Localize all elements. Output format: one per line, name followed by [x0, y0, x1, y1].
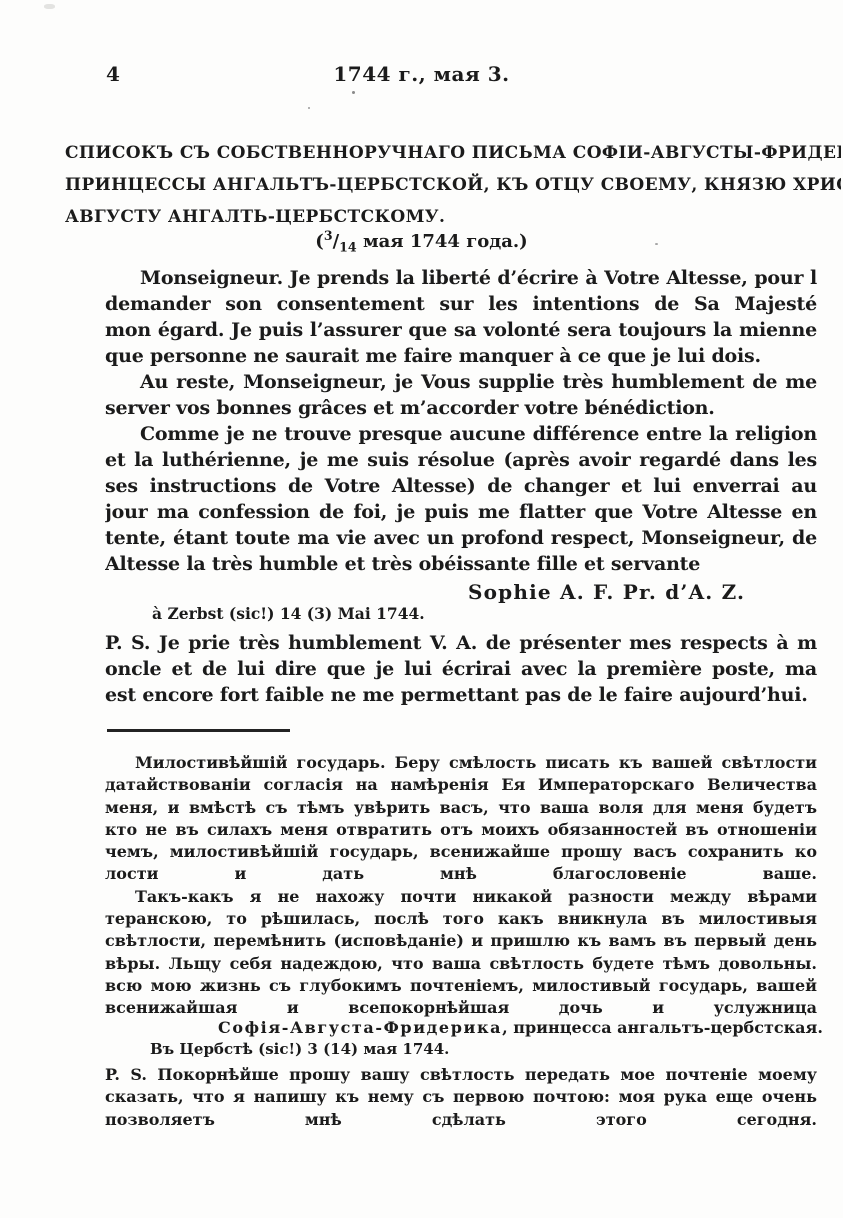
text-line: P. S. Покорнѣйше прошу вашу свѣтлость пе… [105, 1064, 817, 1086]
text-line: кто не въ силахъ меня отвратить отъ моих… [105, 819, 817, 841]
text-line: датайствованіи согласія на намѣренія Ея … [105, 774, 817, 796]
text-line: server vos bonnes grâces et m’accorder v… [105, 395, 817, 421]
russian-signature: Софія-Августа-Фридерика, принцесса ангал… [218, 1018, 823, 1037]
running-title: 1744 г., мая 3. [0, 62, 843, 86]
scan-speck [352, 91, 355, 94]
title-line: СПИСОКЪ СЪ СОБСТВЕННОРУЧНАГО ПИСЬМА СОФІ… [65, 137, 841, 169]
text-line: que personne ne saurait me faire manquer… [105, 343, 817, 369]
text-line: jour ma confession de foi, je puis me fl… [105, 499, 817, 525]
text-line: Такъ-какъ я не нахожу почти никакой разн… [105, 886, 817, 908]
text-line: Monseigneur. Je prends la liberté d’écri… [105, 265, 817, 291]
french-dateline: à Zerbst (sic!) 14 (3) Mai 1744. [152, 604, 425, 623]
title-line: ПРИНЦЕССЫ АНГАЛЬТЪ-ЦЕРБСТСКОЙ, КЪ ОТЦУ С… [65, 169, 841, 201]
text-line: вѣры. Льщу себя надеждою, что ваша свѣтл… [105, 953, 817, 975]
russian-dateline: Въ Цербстѣ (sic!) 3 (14) мая 1744. [150, 1040, 449, 1058]
french-signature: Sophie A. F. Pr. d’A. Z. [468, 580, 745, 604]
date-fraction-denominator: 14 [339, 240, 357, 255]
date-rest: мая 1744 года.) [357, 231, 528, 252]
text-line: P. S. Je prie très humblement V. A. de p… [105, 630, 817, 656]
russian-postscript: P. S. Покорнѣйше прошу вашу свѣтлость пе… [105, 1064, 817, 1131]
russian-translation-body: Милостивѣйшій государь. Беру смѣлость пи… [105, 752, 817, 1020]
text-line: oncle et de lui dire que je lui écrirai … [105, 656, 817, 682]
scan-speck [44, 4, 55, 9]
text-line: Au reste, Monseigneur, je Vous supplie t… [105, 369, 817, 395]
text-line: Comme je ne trouve presque aucune différ… [105, 421, 817, 447]
text-line: et la luthérienne, je me suis résolue (a… [105, 447, 817, 473]
russian-signature-name: Софія-Августа-Фридерика [218, 1018, 502, 1037]
text-line: Altesse la très humble et très obéissant… [105, 551, 817, 577]
text-line: лости и дать мнѣ благословеніе ваше. [105, 863, 817, 885]
text-line: est encore fort faible ne me permettant … [105, 682, 817, 708]
text-line: всю мою жизнь съ глубокимъ почтеніемъ, м… [105, 975, 817, 997]
text-line: чемъ, милостивѣйшій государь, всенижайше… [105, 841, 817, 863]
text-line: tente, étant toute ma vie avec un profon… [105, 525, 817, 551]
text-line: mon égard. Je puis l’assurer que sa volo… [105, 317, 817, 343]
scan-page: 4 1744 г., мая 3. СПИСОКЪ СЪ СОБСТВЕННОР… [0, 0, 843, 1218]
letter-date: (3/14 мая 1744 года.) [0, 228, 843, 255]
french-postscript: P. S. Je prie très humblement V. A. de p… [105, 630, 817, 708]
russian-signature-rest: , принцесса ангальтъ-цербстская. [502, 1018, 823, 1037]
text-line: всенижайшая и всепокорнѣйшая дочь и услу… [105, 997, 817, 1019]
text-line: свѣтлости, перемѣнить (исповѣданіе) и пр… [105, 930, 817, 952]
date-fraction-numerator: 3 [324, 228, 333, 243]
french-letter-body: Monseigneur. Je prends la liberté d’écri… [105, 265, 817, 577]
text-line: меня, и вмѣстѣ съ тѣмъ увѣрить васъ, что… [105, 797, 817, 819]
scan-speck [308, 107, 310, 109]
date-paren-open: ( [315, 231, 324, 252]
text-line: сказать, что я напишу къ нему съ первою … [105, 1086, 817, 1108]
text-line: demander son consentement sur les intent… [105, 291, 817, 317]
text-line: Милостивѣйшій государь. Беру смѣлость пи… [105, 752, 817, 774]
letter-title: СПИСОКЪ СЪ СОБСТВЕННОРУЧНАГО ПИСЬМА СОФІ… [65, 137, 841, 233]
text-line: теранскою, то рѣшилась, послѣ того какъ … [105, 908, 817, 930]
text-line: ses instructions de Votre Altesse) de ch… [105, 473, 817, 499]
footnote-rule [107, 729, 290, 732]
text-line: позволяетъ мнѣ сдѣлать этого сегодня. [105, 1109, 817, 1131]
